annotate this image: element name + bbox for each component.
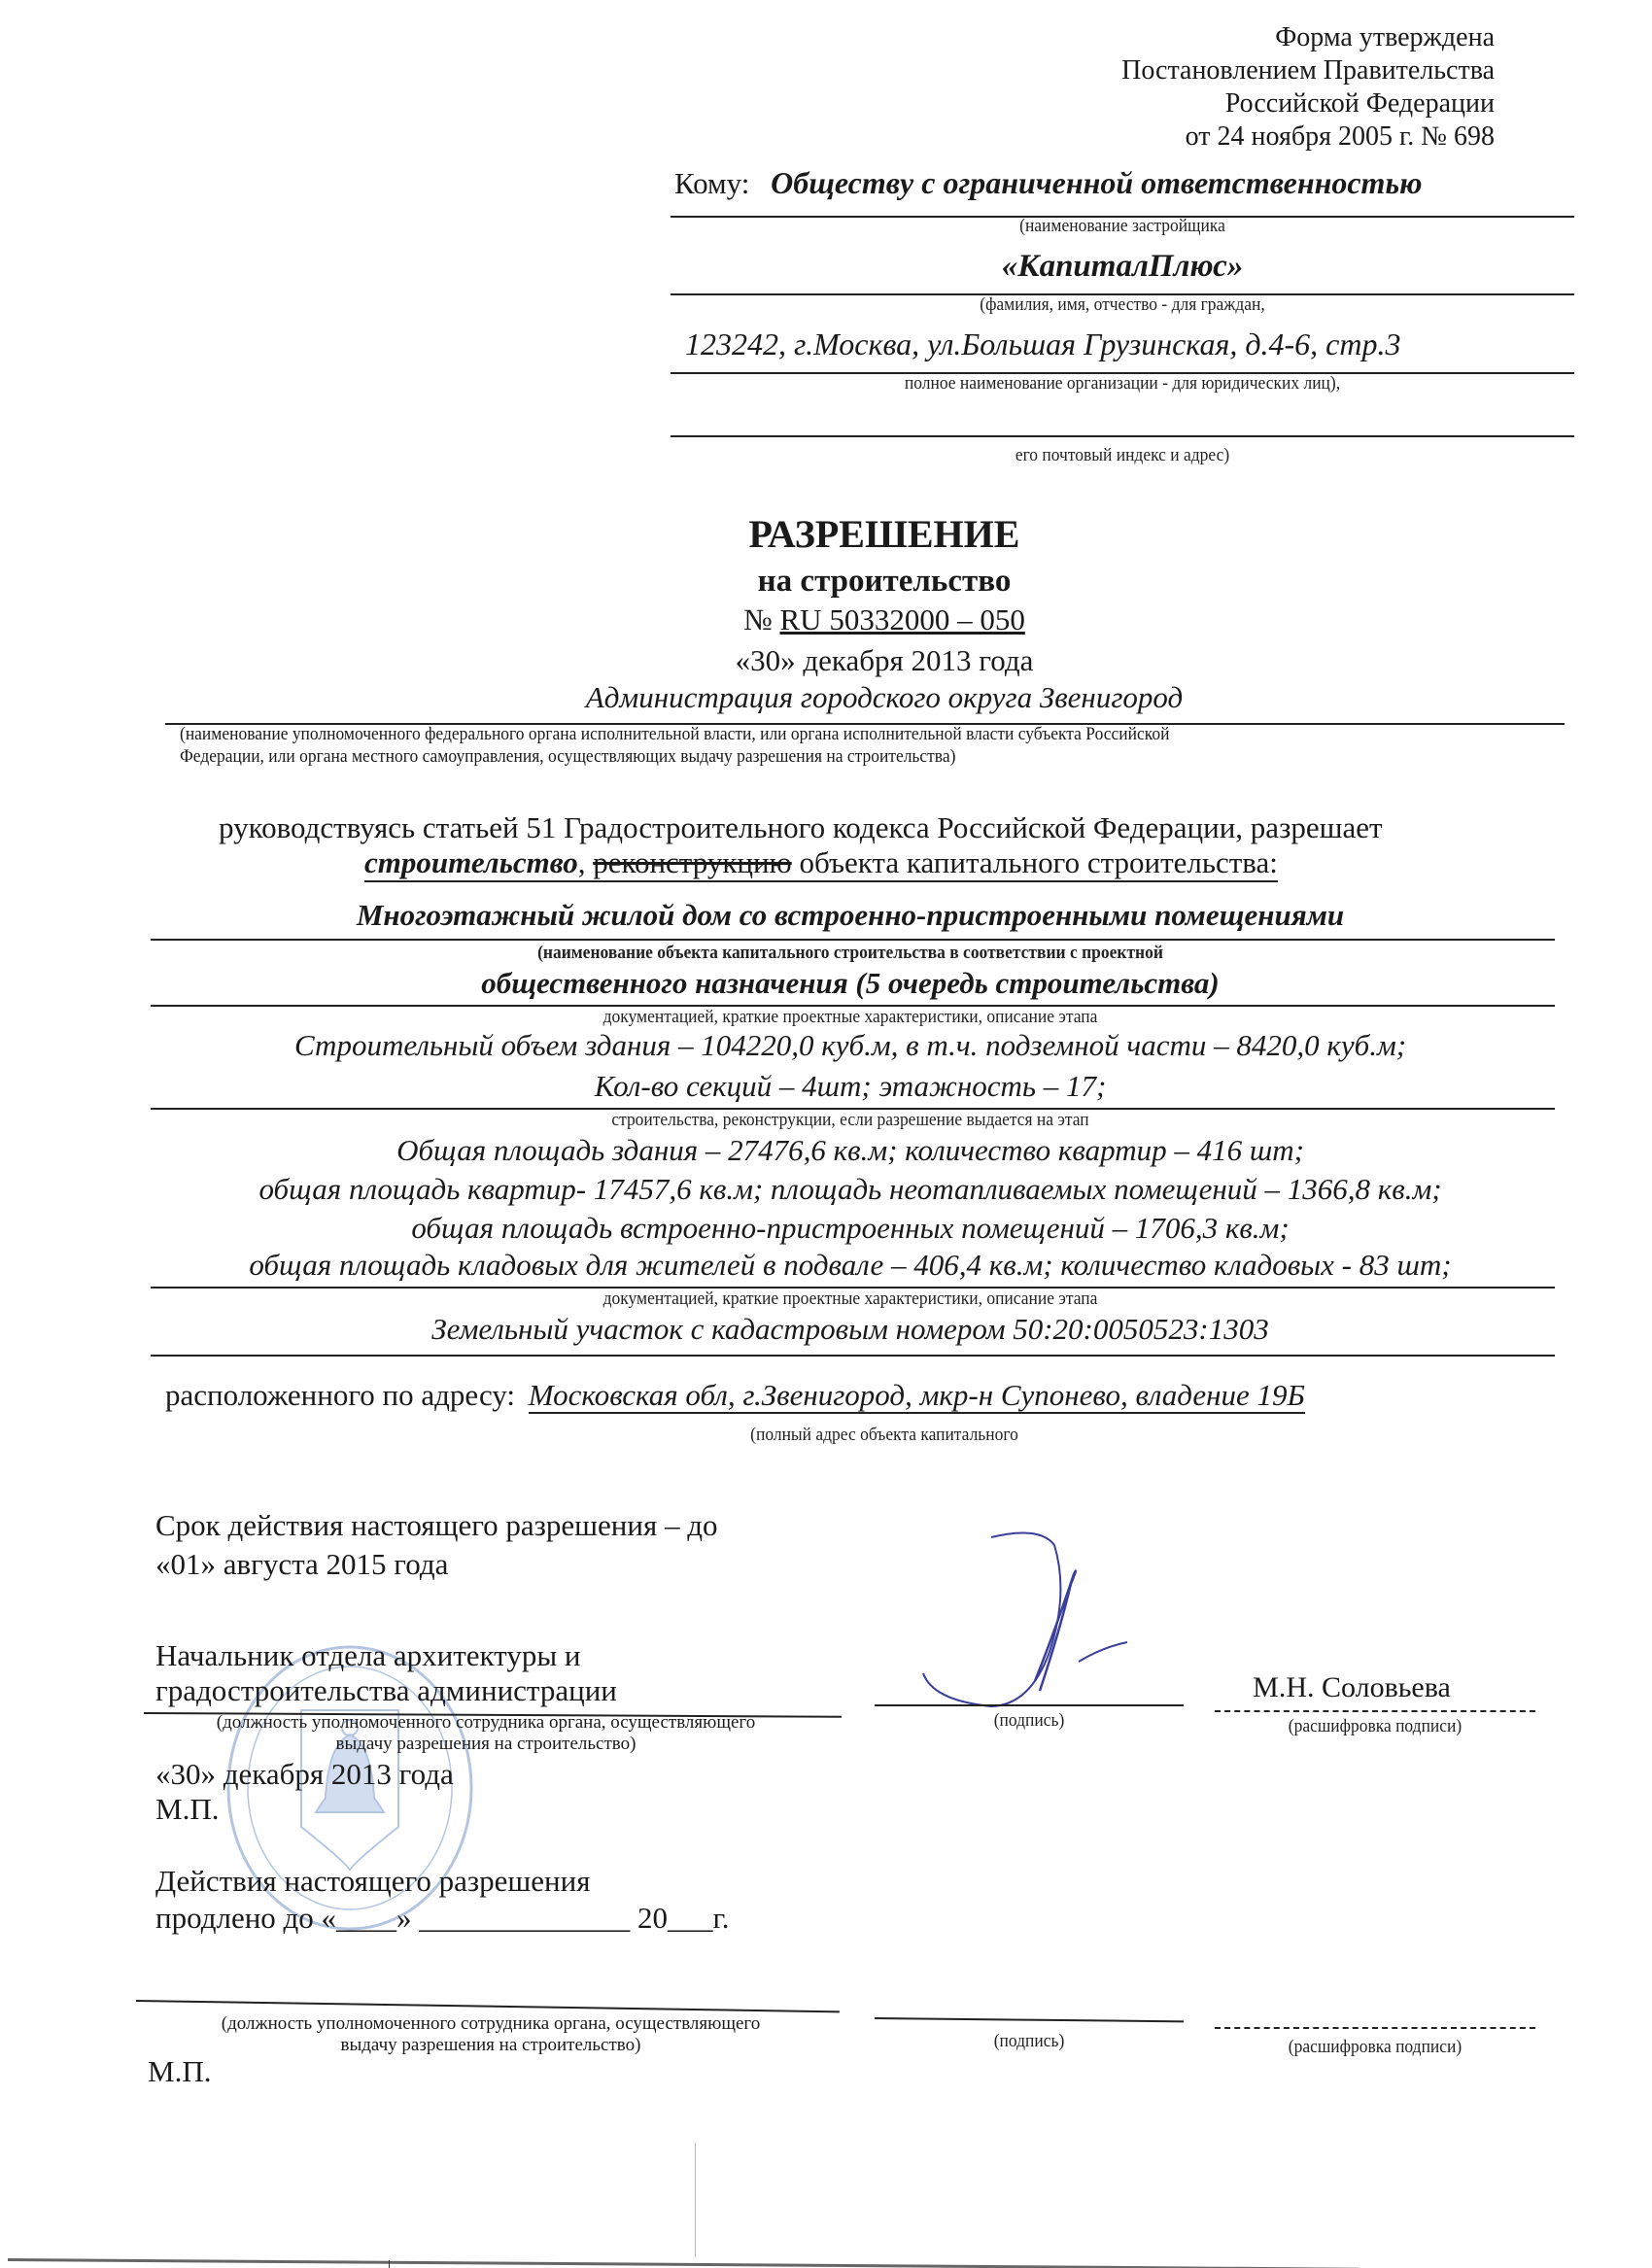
caption-object-name: (наименование объекта капитального строи… xyxy=(202,943,1498,964)
signatory-name: М.Н. Соловьева xyxy=(1197,1671,1506,1704)
caption-person-name: (фамилия, имя, отчество - для граждан, xyxy=(706,294,1538,316)
number-sign: № xyxy=(743,602,773,636)
scan-tick xyxy=(389,2260,390,2268)
caption-project-docs: документацией, краткие проектные характе… xyxy=(202,1289,1498,1310)
underline xyxy=(136,2000,840,2012)
separator: , xyxy=(578,845,594,879)
document-subtitle: на строительство xyxy=(0,564,1652,600)
recipient-line-1: Кому: Обществу с ограниченной ответствен… xyxy=(674,165,1422,201)
caption-signature: (подпись) xyxy=(887,1710,1172,1732)
validity-date: «01» августа 2015 года xyxy=(155,1547,448,1582)
builtin-premises-area: общая площадь встроенно-пристроенных пом… xyxy=(146,1211,1555,1246)
permit-number: № RU 50332000 – 050 xyxy=(0,602,1652,637)
permit-type-selected: строительство xyxy=(364,845,578,879)
extension-position-caption: (должность уполномоченного сотрудника ор… xyxy=(155,2013,826,2056)
recipient-org-name: «КапиталПлюс» xyxy=(671,249,1574,285)
issuer-caption-line: (наименование уполномоченного федерально… xyxy=(180,723,1169,745)
position-caption: (должность уполномоченного сотрудника ор… xyxy=(155,1712,816,1755)
underline xyxy=(151,939,1555,941)
legal-basis-text: руководствуясь статьей 51 Градостроитель… xyxy=(219,810,1383,845)
signatory-position-line-2: градостроительства администрации xyxy=(155,1673,617,1708)
seal-mark: М.П. xyxy=(148,2054,211,2089)
form-approval-line: Постановлением Правительства xyxy=(1121,54,1495,87)
form-approval-line: Российской Федерации xyxy=(1121,87,1495,120)
signature-line xyxy=(875,2017,1184,2022)
caption-signature: (подпись) xyxy=(887,2031,1172,2052)
recipient-address: 123242, г.Москва, ул.Большая Грузинская,… xyxy=(685,326,1400,362)
permit-number-value: RU 50332000 – 050 xyxy=(780,602,1025,636)
object-name-line-2: общественного назначения (5 очередь стро… xyxy=(146,966,1555,1001)
signatory-position-line-1: Начальник отдела архитектуры и xyxy=(155,1638,580,1673)
apartments-area: общая площадь квартир- 17457,6 кв.м; пло… xyxy=(146,1172,1555,1207)
signature-line xyxy=(875,1704,1184,1706)
form-approval-line: Форма утверждена xyxy=(1121,21,1495,54)
position-caption-line: (должность уполномоченного сотрудника ор… xyxy=(155,1712,816,1734)
signing-date: «30» декабря 2013 года xyxy=(155,1757,454,1792)
issuer-caption-line: Федерации, или органа местного самоуправ… xyxy=(180,745,1169,768)
issuer-caption: (наименование уполномоченного федерально… xyxy=(180,723,1169,768)
permit-type-line: строительство, реконструкцию объекта кап… xyxy=(364,845,1278,882)
caption-developer-name: (наименование застройщика xyxy=(706,216,1538,237)
caption-construction-stage: строительства, реконструкции, если разре… xyxy=(202,1110,1498,1131)
object-name-line-1: Многоэтажный жилой дом со встроенно-прис… xyxy=(146,898,1555,933)
position-caption-line: выдачу разрешения на строительство) xyxy=(155,1734,816,1755)
caption-name-decode: (расшифровка подписи) xyxy=(1227,1716,1523,1737)
permit-date: «30» декабря 2013 года xyxy=(0,643,1652,678)
to-label: Кому: xyxy=(674,166,749,200)
document-title: РАЗРЕШЕНИЕ xyxy=(0,511,1652,557)
position-caption-line: выдачу разрешения на строительство) xyxy=(155,2035,826,2056)
storage-area: общая площадь кладовых для жителей в под… xyxy=(146,1248,1555,1283)
object-address: Московская обл, г.Звенигород, мкр-н Супо… xyxy=(529,1378,1305,1414)
building-volume: Строительный объем здания – 104220,0 куб… xyxy=(146,1028,1555,1063)
form-approval-note: Форма утверждена Постановлением Правител… xyxy=(1121,21,1495,154)
underline xyxy=(671,435,1574,437)
name-line xyxy=(1215,1710,1535,1712)
caption-postal-address: его почтовый индекс и адрес) xyxy=(706,445,1538,466)
scan-fold-line xyxy=(695,2143,696,2257)
extension-date-field[interactable]: продлено до «____» ______________ 20___г… xyxy=(155,1901,730,1936)
caption-org-fullname: полное наименование организации - для юр… xyxy=(706,373,1538,395)
recipient-org-type: Обществу с ограниченной ответственностью xyxy=(771,165,1422,200)
caption-project-docs: документацией, краткие проектные характе… xyxy=(202,1007,1498,1028)
validity-text: Срок действия настоящего разрешения – до xyxy=(155,1508,718,1543)
permit-object-text: объекта капитального строительства: xyxy=(792,845,1278,879)
underline xyxy=(151,1355,1555,1357)
form-approval-line: от 24 ноября 2005 г. № 698 xyxy=(1121,120,1495,154)
extension-text: Действия настоящего разрешения xyxy=(155,1864,591,1899)
address-row: расположенного по адресу: Московская обл… xyxy=(165,1378,1305,1413)
page-bottom-edge xyxy=(8,2258,1359,2268)
total-area: Общая площадь здания – 27476,6 кв.м; кол… xyxy=(146,1133,1555,1168)
address-label: расположенного по адресу: xyxy=(165,1378,515,1412)
name-line xyxy=(1215,2027,1535,2029)
seal-mark: М.П. xyxy=(155,1792,219,1827)
land-plot: Земельный участок с кадастровым номером … xyxy=(146,1312,1555,1347)
issuing-authority: Администрация городского округа Звенигор… xyxy=(0,680,1652,715)
caption-full-address: (полный адрес объекта капитального xyxy=(678,1425,1089,1446)
permit-type-struck: реконструкцию xyxy=(593,845,792,879)
position-caption-line: (должность уполномоченного сотрудника ор… xyxy=(155,2013,826,2035)
sections-floors: Кол-во секций – 4шт; этажность – 17; xyxy=(146,1069,1555,1104)
caption-name-decode: (расшифровка подписи) xyxy=(1227,2037,1523,2058)
